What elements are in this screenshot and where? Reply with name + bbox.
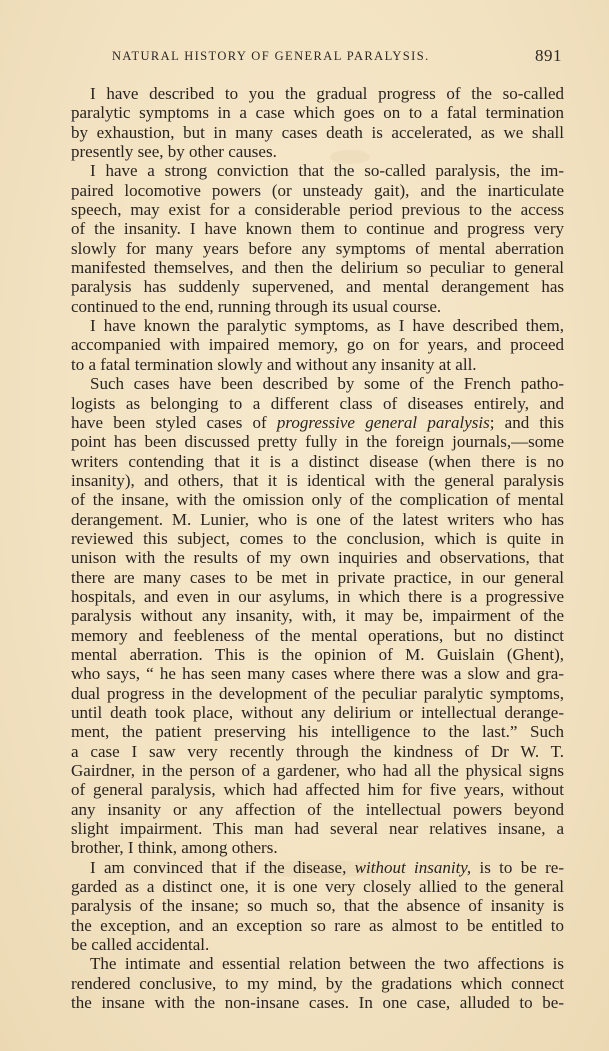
text-line: of the insane, with the omission only of… (52, 490, 564, 509)
text-line-with-italic: I am convinced that if the disease, with… (52, 858, 564, 877)
text-line: derangement. M. Lunier, who is one of th… (52, 510, 564, 529)
text-line: ment, the patient preserving his intelli… (52, 722, 564, 741)
text-line: I have a strong conviction that the so-c… (52, 161, 564, 180)
text-line: reviewed this subject, comes to the conc… (52, 529, 564, 548)
text-line: manifested themselves, and then the deli… (52, 258, 564, 277)
text-line: paralysis without any insanity, with, it… (52, 606, 564, 625)
text-line: speech, may exist for a considerable per… (52, 200, 564, 219)
text-line: paired locomotive powers (or unsteady ga… (52, 181, 564, 200)
text-line: of the insanity. I have known them to co… (52, 219, 564, 238)
text-line: garded as a distinct one, it is one very… (52, 877, 564, 896)
text-line: Gairdner, in the person of a gardener, w… (52, 761, 564, 780)
text-line: the exception, and an exception so rare … (52, 916, 564, 935)
text-line: slowly for many years before any symptom… (52, 239, 564, 258)
text-line: by exhaustion, but in many cases death i… (52, 123, 564, 142)
text-line: accompanied with impaired memory, go on … (52, 335, 564, 354)
text-line: brother, I think, among others. (52, 838, 564, 857)
text-line: be called accidental. (52, 935, 564, 954)
text-line: paralysis has suddenly supervened, and m… (52, 277, 564, 296)
text-line: point has been discussed pretty fully in… (52, 432, 564, 451)
text-line: logists as belonging to a different clas… (52, 394, 564, 413)
text-segment: ; and this (490, 413, 564, 432)
paragraph-6: The intimate and essential relation betw… (52, 954, 564, 1012)
text-line: writers contending that it is a distinct… (52, 452, 564, 471)
text-line: insanity), and others, that it is identi… (52, 471, 564, 490)
paragraph-4: Such cases have been described by some o… (52, 374, 564, 858)
text-line: presently see, by other causes. (52, 142, 564, 161)
text-line: any insanity or any affection of the int… (52, 800, 564, 819)
paragraph-3: I have known the paralytic symptoms, as … (52, 316, 564, 374)
text-line: to a fatal termination slowly and withou… (52, 355, 564, 374)
page-number: 891 (535, 46, 562, 66)
running-head: NATURAL HISTORY OF GENERAL PARALYSIS. 89… (52, 44, 564, 74)
text-line: the insane with the non-insane cases. In… (52, 993, 564, 1012)
text-line: mental aberration. This is the opinion o… (52, 645, 564, 664)
text-line: until death took place, without any deli… (52, 703, 564, 722)
text-segment: is to be re- (471, 858, 564, 877)
text-line: paralysis of the insane; so much so, tha… (52, 896, 564, 915)
body-text: I have described to you the gradual prog… (52, 84, 564, 1013)
text-line: I have described to you the gradual prog… (52, 84, 564, 103)
text-segment: have been styled cases of (71, 413, 277, 432)
italic-phrase: progressive general paralysis (277, 413, 490, 432)
text-line: memory and feebleness of the mental oper… (52, 626, 564, 645)
text-line: paralytic symptoms in a case which goes … (52, 103, 564, 122)
text-line: of general paralysis, which had affected… (52, 780, 564, 799)
text-line: dual progress in the development of the … (52, 684, 564, 703)
text-line-with-italic: have been styled cases of progressive ge… (52, 413, 564, 432)
running-title: NATURAL HISTORY OF GENERAL PARALYSIS. (112, 49, 430, 64)
text-line: Such cases have been described by some o… (52, 374, 564, 393)
text-line: there are many cases to be met in privat… (52, 568, 564, 587)
italic-phrase: without insanity, (355, 858, 472, 877)
text-line: continued to the end, running through it… (52, 297, 564, 316)
paragraph-5: I am convinced that if the disease, with… (52, 858, 564, 955)
text-line: hospitals, and even in our asylums, in w… (52, 587, 564, 606)
text-segment: I am convinced that if the disease, (90, 858, 355, 877)
paragraph-1: I have described to you the gradual prog… (52, 84, 564, 161)
text-line: a case I saw very recently through the k… (52, 742, 564, 761)
text-line: rendered conclusive, to my mind, by the … (52, 974, 564, 993)
text-line: The intimate and essential relation betw… (52, 954, 564, 973)
text-line: slight impairment. This man had several … (52, 819, 564, 838)
book-page: NATURAL HISTORY OF GENERAL PARALYSIS. 89… (52, 44, 564, 1013)
text-line: I have known the paralytic symptoms, as … (52, 316, 564, 335)
paragraph-2: I have a strong conviction that the so-c… (52, 161, 564, 316)
text-line: unison with the results of my own inquir… (52, 548, 564, 567)
text-line: who says, “ he has seen many cases where… (52, 664, 564, 683)
